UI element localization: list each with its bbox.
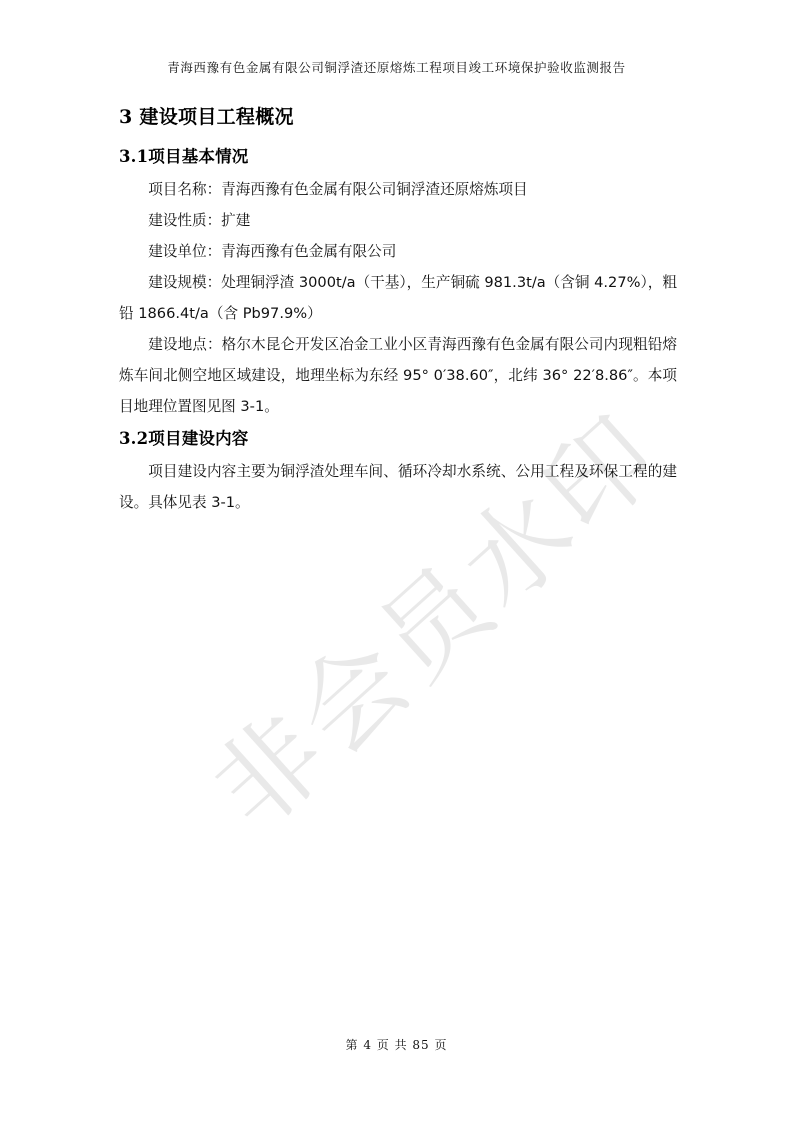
page-number: 第 4 页 共 85 页	[0, 1036, 793, 1053]
construction-nature-paragraph: 建设性质：扩建	[119, 205, 677, 236]
project-name-paragraph: 项目名称：青海西豫有色金属有限公司铜浮渣还原熔炼项目	[119, 174, 677, 205]
construction-content-paragraph: 项目建设内容主要为铜浮渣处理车间、循环冷却水系统、公用工程及环保工程的建设。具体…	[119, 456, 677, 518]
document-body: 3 建设项目工程概况 3.1项目基本情况 项目名称：青海西豫有色金属有限公司铜浮…	[119, 100, 677, 518]
construction-location-paragraph: 建设地点：格尔木昆仑开发区冶金工业小区青海西豫有色金属有限公司内现粗铅熔炼车间北…	[119, 329, 677, 422]
construction-unit-paragraph: 建设单位：青海西豫有色金属有限公司	[119, 236, 677, 267]
section-title: 3.2项目建设内容	[119, 422, 677, 456]
section-3-2: 3.2项目建设内容 项目建设内容主要为铜浮渣处理车间、循环冷却水系统、公用工程及…	[119, 422, 677, 518]
section-3-1: 3.1项目基本情况 项目名称：青海西豫有色金属有限公司铜浮渣还原熔炼项目 建设性…	[119, 140, 677, 422]
page-header: 青海西豫有色金属有限公司铜浮渣还原熔炼工程项目竣工环境保护验收监测报告	[0, 58, 793, 76]
section-title: 3.1项目基本情况	[119, 140, 677, 174]
construction-scale-paragraph: 建设规模：处理铜浮渣 3000t/a（干基），生产铜硫 981.3t/a（含铜 …	[119, 267, 677, 329]
chapter-title: 3 建设项目工程概况	[119, 100, 677, 134]
